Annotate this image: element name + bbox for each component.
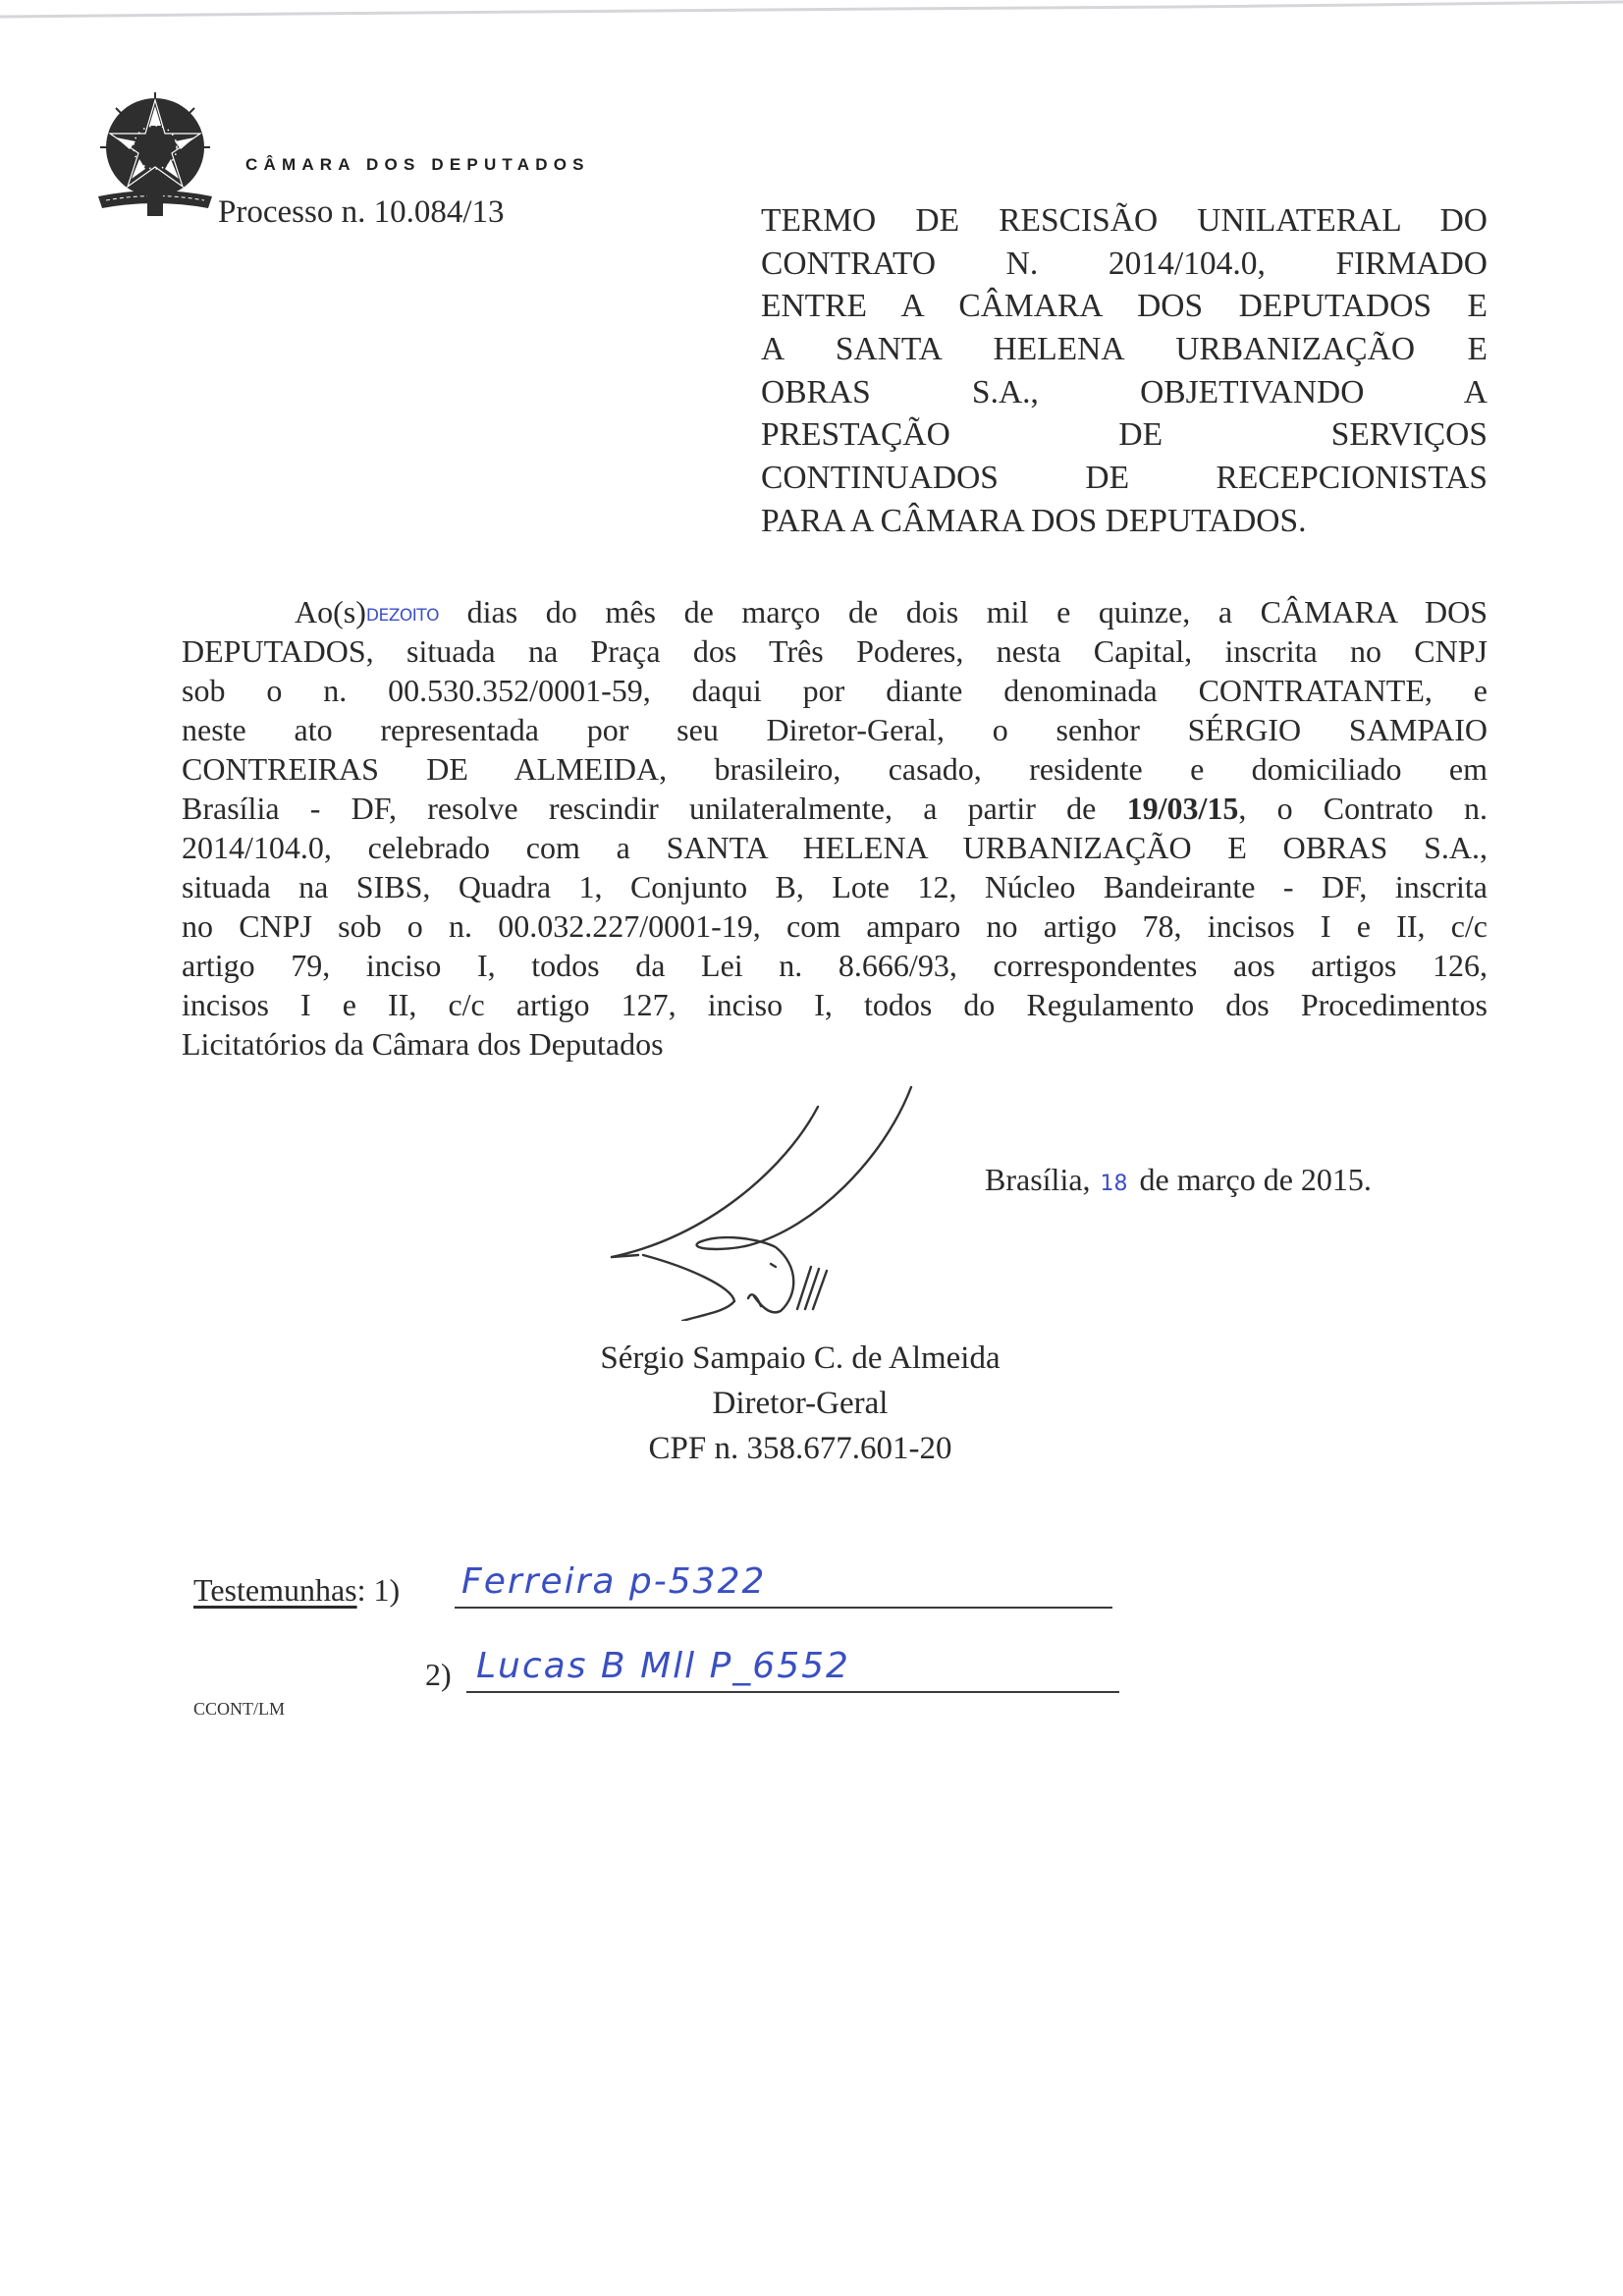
body-line: incisos I e II, c/c artigo 127, inciso I… bbox=[182, 985, 1488, 1024]
body-line: sob o n. 00.530.352/0001-59, daqui por d… bbox=[182, 671, 1488, 710]
title-line: CONTINUADOS DE RECEPCIONISTAS bbox=[761, 457, 1488, 500]
witness-2-signature: Lucas B Mll P_6552 bbox=[476, 1646, 850, 1686]
process-number: Processo n. 10.084/13 bbox=[218, 194, 505, 231]
title-line: A SANTA HELENA URBANIZAÇÃO E bbox=[761, 328, 1488, 371]
body-line: Licitatórios da Câmara dos Deputados bbox=[182, 1024, 1488, 1064]
handwritten-date-day: 18 bbox=[1101, 1172, 1128, 1196]
body-line: no CNPJ sob o n. 00.032.227/0001-19, com… bbox=[182, 906, 1488, 946]
witnesses-label: Testemunhas: 1) bbox=[193, 1572, 400, 1609]
date-line: Brasília,18de março de 2015. bbox=[985, 1162, 1488, 1198]
title-line: CONTRATO N. 2014/104.0, FIRMADO bbox=[761, 243, 1488, 286]
witness-2-number: 2) bbox=[425, 1657, 452, 1693]
title-line: ENTRE A CÂMARA DOS DEPUTADOS E bbox=[761, 285, 1488, 328]
body-line: situada na SIBS, Quadra 1, Conjunto B, L… bbox=[182, 867, 1488, 906]
witness-1-signature-line bbox=[455, 1607, 1112, 1609]
signatory-block: Sérgio Sampaio C. de Almeida Diretor-Ger… bbox=[565, 1336, 1036, 1471]
body-line: DEPUTADOS, situada na Praça dos Três Pod… bbox=[182, 631, 1488, 671]
body-line: neste ato representada por seu Diretor-G… bbox=[182, 710, 1488, 749]
title-line: PRESTAÇÃO DE SERVIÇOS bbox=[761, 413, 1488, 457]
signature-scribble bbox=[589, 1075, 943, 1321]
body-line: CONTREIRAS DE ALMEIDA, brasileiro, casad… bbox=[182, 749, 1488, 789]
handwritten-day-field: DEZOITO bbox=[366, 606, 439, 626]
witness-1-signature: Ferreira p-5322 bbox=[461, 1561, 766, 1602]
body-line: 2014/104.0, celebrado com a SANTA HELENA… bbox=[182, 828, 1488, 867]
body-line: artigo 79, inciso I, todos da Lei n. 8.6… bbox=[182, 946, 1488, 985]
effective-date: 19/03/15 bbox=[1127, 791, 1239, 826]
witness-2-signature-line bbox=[466, 1691, 1119, 1693]
signatory-name: Sérgio Sampaio C. de Almeida bbox=[565, 1336, 1036, 1381]
body-paragraph: Ao(s)DEZOITO dias do mês de março de doi… bbox=[182, 592, 1488, 1064]
document-title: TERMO DE RESCISÃO UNILATERAL DOCONTRATO … bbox=[761, 199, 1488, 543]
brazil-coat-of-arms-icon bbox=[86, 86, 224, 224]
title-line: OBRAS S.A., OBJETIVANDO A bbox=[761, 371, 1488, 414]
organization-name: CÂMARA DOS DEPUTADOS bbox=[245, 155, 590, 175]
signatory-cpf: CPF n. 358.677.601-20 bbox=[565, 1426, 1036, 1471]
signatory-role: Diretor-Geral bbox=[565, 1381, 1036, 1426]
body-line: Brasília - DF, resolve rescindir unilate… bbox=[182, 789, 1488, 828]
footer-reference-code: CCONT/LM bbox=[193, 1699, 285, 1720]
title-line: PARA A CÂMARA DOS DEPUTADOS. bbox=[761, 500, 1488, 543]
body-line: Ao(s)DEZOITO dias do mês de março de doi… bbox=[182, 592, 1488, 631]
scan-edge-line bbox=[0, 0, 1623, 29]
title-line: TERMO DE RESCISÃO UNILATERAL DO bbox=[761, 199, 1488, 243]
